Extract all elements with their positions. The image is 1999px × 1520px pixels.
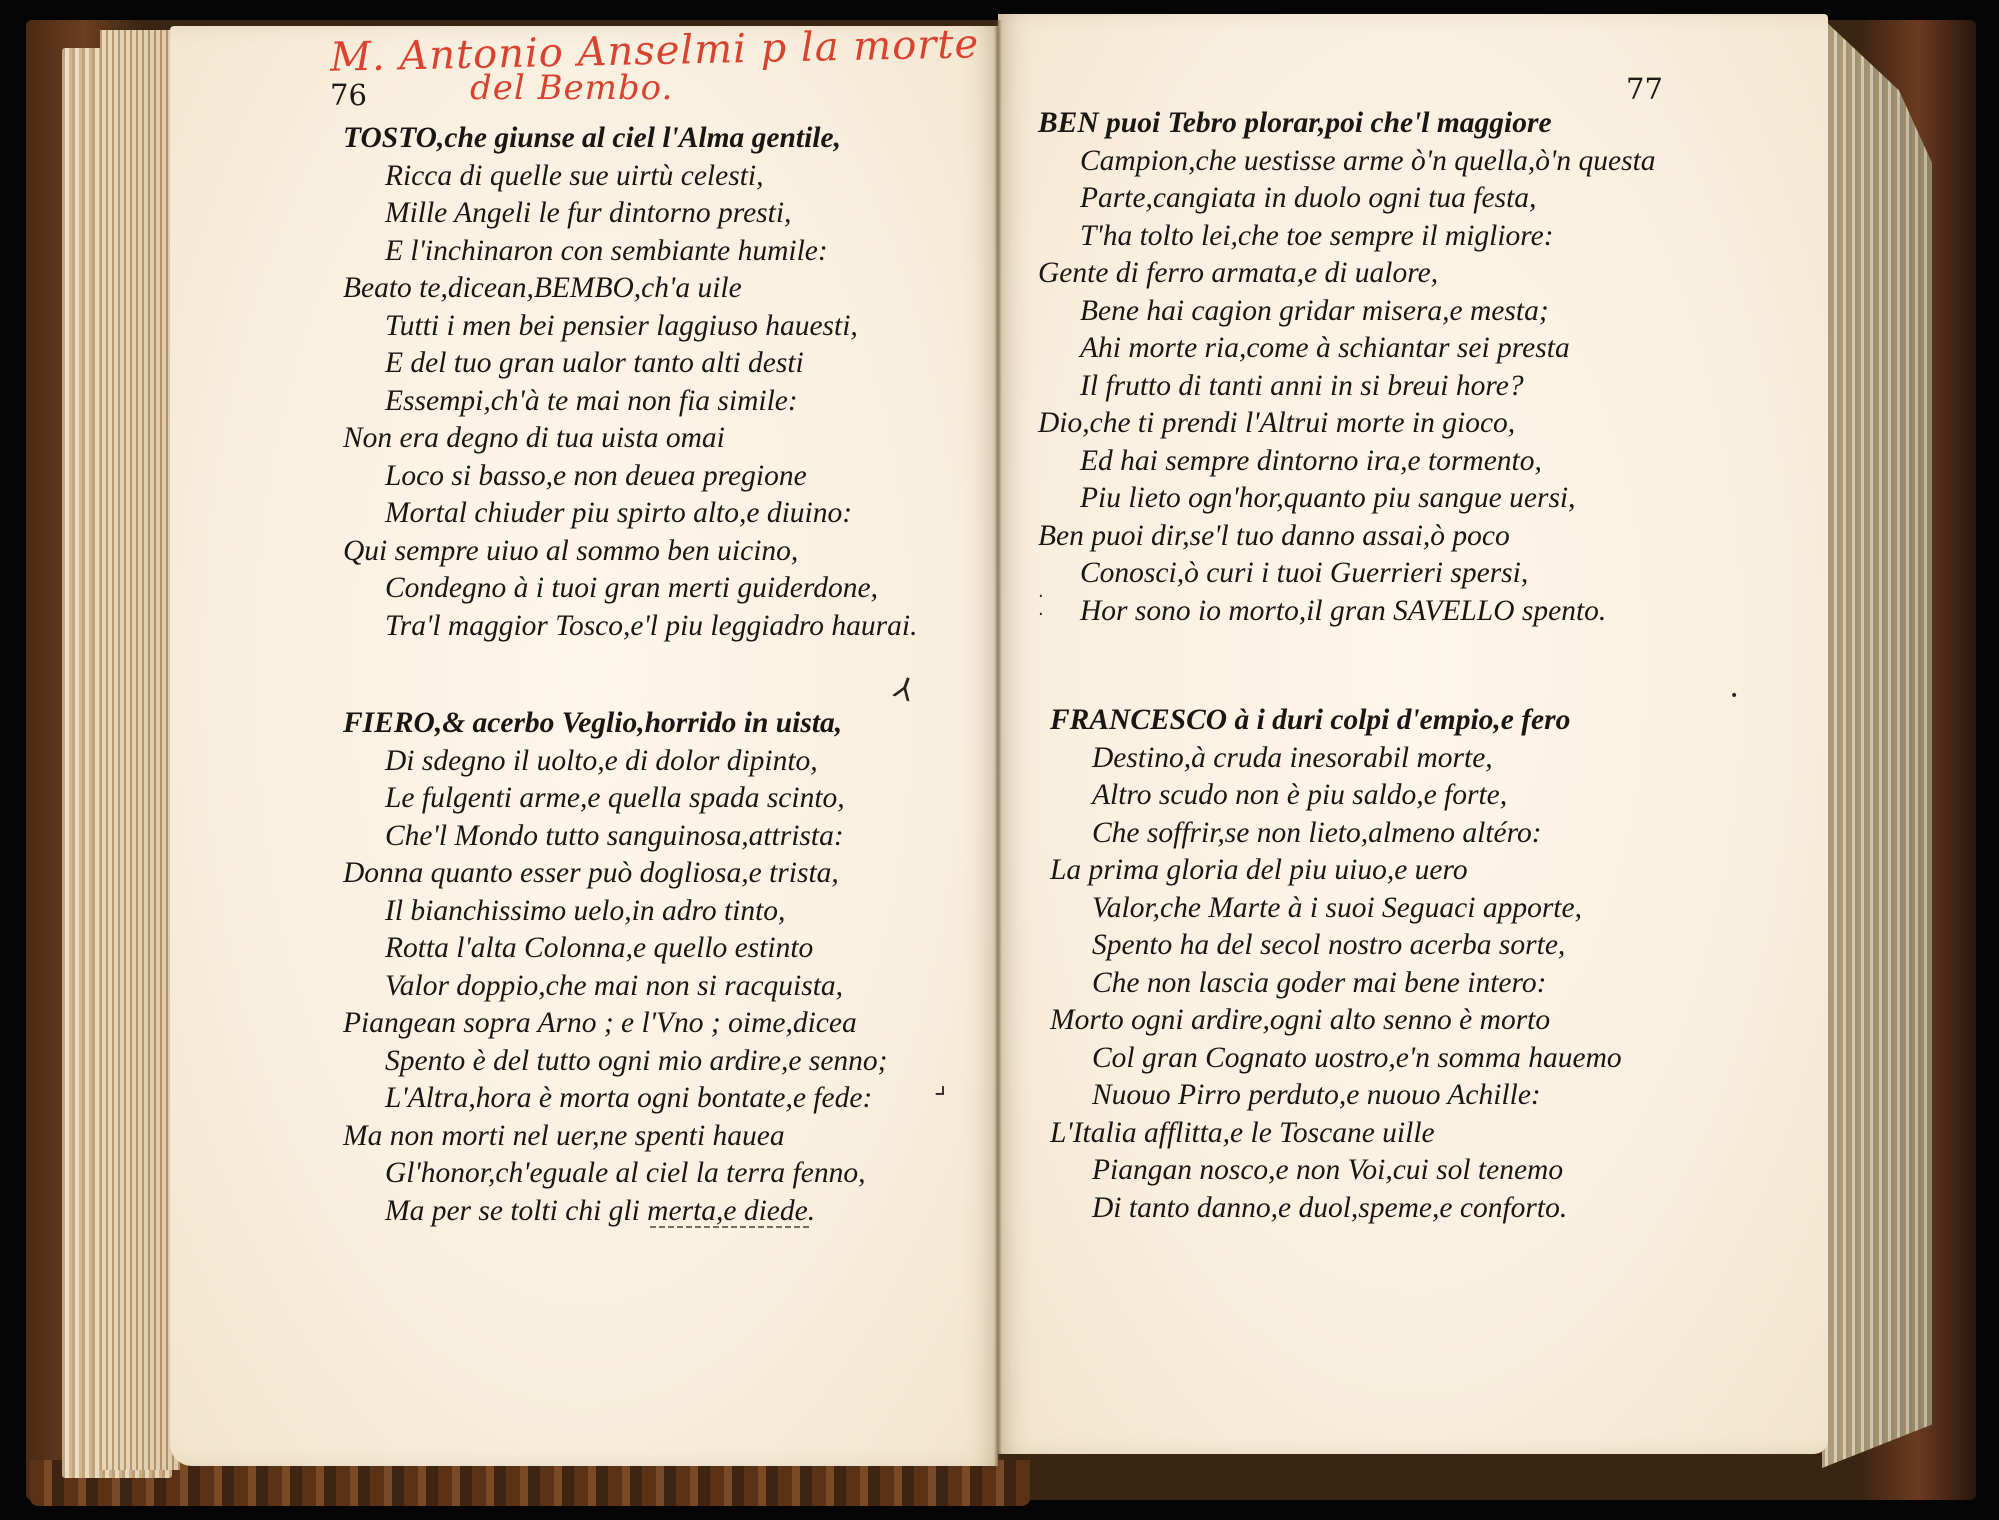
poem-line: BEN puoi Tebro plorar,poi che'l maggiore — [1038, 105, 1656, 143]
poem-line: Beato te,dicean,BEMBO,ch'a uile — [343, 270, 917, 308]
manuscript-annotation-line2: del Bembo. — [470, 68, 673, 108]
poem-line: Nuouo Pirro perduto,e nuouo Achille: — [1050, 1077, 1622, 1115]
poem-line: Il frutto di tanti anni in si breui hore… — [1038, 368, 1656, 406]
poem-line: Piangan nosco,e non Voi,cui sol tenemo — [1050, 1152, 1622, 1190]
poem-line: Ma per se tolti chi gli merta,e diede. — [343, 1193, 888, 1231]
stray-bracket-mark-icon: ⌟ — [934, 1070, 946, 1100]
stray-dot-mark-icon: • — [1730, 688, 1738, 704]
poem-line: La prima gloria del piu uiuo,e uero — [1050, 852, 1622, 890]
page-number-right: 77 — [1626, 72, 1663, 106]
poem-line: Col gran Cognato uostro,e'n somma hauemo — [1050, 1040, 1622, 1078]
poem-line: Non era degno di tua uista omai — [343, 420, 917, 458]
poem-line: Tutti i men bei pensier laggiuso hauesti… — [343, 308, 917, 346]
poem-line: Altro scudo non è piu saldo,e forte, — [1050, 777, 1622, 815]
poem-line: Essempi,ch'à te mai non fia simile: — [343, 383, 917, 421]
poem-line: Tra'l maggior Tosco,e'l piu leggiadro ha… — [343, 608, 917, 646]
poem-line: Bene hai cagion gridar misera,e mesta; — [1038, 293, 1656, 331]
poem-line: Condegno à i tuoi gran merti guiderdone, — [343, 570, 917, 608]
poem-line: Ed hai sempre dintorno ira,e tormento, — [1038, 443, 1656, 481]
poem-line: Gente di ferro armata,e di ualore, — [1038, 255, 1656, 293]
poem-line: Le fulgenti arme,e quella spada scinto, — [343, 780, 888, 818]
poem-line: Piangean sopra Arno ; e l'Vno ; oime,dic… — [343, 1005, 888, 1043]
poem-line: Che'l Mondo tutto sanguinosa,attrista: — [343, 818, 888, 856]
poem-line: TOSTO,che giunse al ciel l'Alma gentile, — [343, 120, 917, 158]
poem-line: T'ha tolto lei,che toe sempre il miglior… — [1038, 218, 1656, 256]
poem-line: Loco si basso,e non deuea pregione — [343, 458, 917, 496]
poem-line: Conosci,ò curi i tuoi Guerrieri spersi, — [1038, 555, 1656, 593]
sonnet-ben: BEN puoi Tebro plorar,poi che'l maggiore… — [1038, 105, 1656, 630]
stray-dots-mark-icon: ·· — [1038, 588, 1044, 624]
left-page-stack — [100, 30, 180, 1470]
poem-line: Mortal chiuder piu spirto alto,e diuino: — [343, 495, 917, 533]
poem-line: Donna quanto esser può dogliosa,e trista… — [343, 855, 888, 893]
poem-line: Campion,che uestisse arme ò'n quella,ò'n… — [1038, 143, 1656, 181]
right-fore-edge — [1822, 18, 1932, 1468]
poem-line: FIERO,& acerbo Veglio,horrido in uista, — [343, 705, 888, 743]
poem-line: Dio,che ti prendi l'Altrui morte in gioc… — [1038, 405, 1656, 443]
poem-line: Destino,à cruda inesorabil morte, — [1050, 740, 1622, 778]
poem-line: Valor doppio,che mai non si racquista, — [343, 968, 888, 1006]
poem-line: Morto ogni ardire,ogni alto senno è mort… — [1050, 1002, 1622, 1040]
poem-line: Il bianchissimo uelo,in adro tinto, — [343, 893, 888, 931]
poem-line: Spento ha del secol nostro acerba sorte, — [1050, 927, 1622, 965]
poem-line: Ben puoi dir,se'l tuo danno assai,ò poco — [1038, 518, 1656, 556]
poem-line: L'Altra,hora è morta ogni bontate,e fede… — [343, 1080, 888, 1118]
poem-line: Hor sono io morto,il gran SAVELLO spento… — [1038, 593, 1656, 631]
poem-line: Gl'honor,ch'eguale al ciel la terra fenn… — [343, 1155, 888, 1193]
sonnet-tosto: TOSTO,che giunse al ciel l'Alma gentile,… — [343, 120, 917, 645]
poem-line: Di sdegno il uolto,e di dolor dipinto, — [343, 743, 888, 781]
poem-line: Ma non morti nel uer,ne spenti hauea — [343, 1118, 888, 1156]
poem-line: Mille Angeli le fur dintorno presti, — [343, 195, 917, 233]
book-gutter — [994, 20, 1002, 1470]
poem-line: Rotta l'alta Colonna,e quello estinto — [343, 930, 888, 968]
book-cover-edge — [30, 1460, 1030, 1506]
sonnet-fiero: FIERO,& acerbo Veglio,horrido in uista, … — [343, 705, 888, 1230]
poem-line: Ricca di quelle sue uirtù celesti, — [343, 158, 917, 196]
poem-line: Ahi morte ria,come à schiantar sei prest… — [1038, 330, 1656, 368]
page-end-rule — [650, 1226, 810, 1228]
poem-line: Valor,che Marte à i suoi Seguaci apporte… — [1050, 890, 1622, 928]
poem-line: Spento è del tutto ogni mio ardire,e sen… — [343, 1043, 888, 1081]
page-number-left: 76 — [330, 78, 367, 112]
poem-line: Qui sempre uiuo al sommo ben uicino, — [343, 533, 917, 571]
poem-line: Di tanto danno,e duol,speme,e conforto. — [1050, 1190, 1622, 1228]
poem-line: E l'inchinaron con sembiante humile: — [343, 233, 917, 271]
poem-line: Piu lieto ogn'hor,quanto piu sangue uers… — [1038, 480, 1656, 518]
sonnet-francesco: FRANCESCO à i duri colpi d'empio,e fero … — [1050, 702, 1622, 1227]
poem-line: E del tuo gran ualor tanto alti desti — [343, 345, 917, 383]
poem-line: FRANCESCO à i duri colpi d'empio,e fero — [1050, 702, 1622, 740]
poem-line: Parte,cangiata in duolo ogni tua festa, — [1038, 180, 1656, 218]
poem-line: L'Italia afflitta,e le Toscane uille — [1050, 1115, 1622, 1153]
poem-line: Che non lascia goder mai bene intero: — [1050, 965, 1622, 1003]
poem-line: Che soffrir,se non lieto,almeno altéro: — [1050, 815, 1622, 853]
